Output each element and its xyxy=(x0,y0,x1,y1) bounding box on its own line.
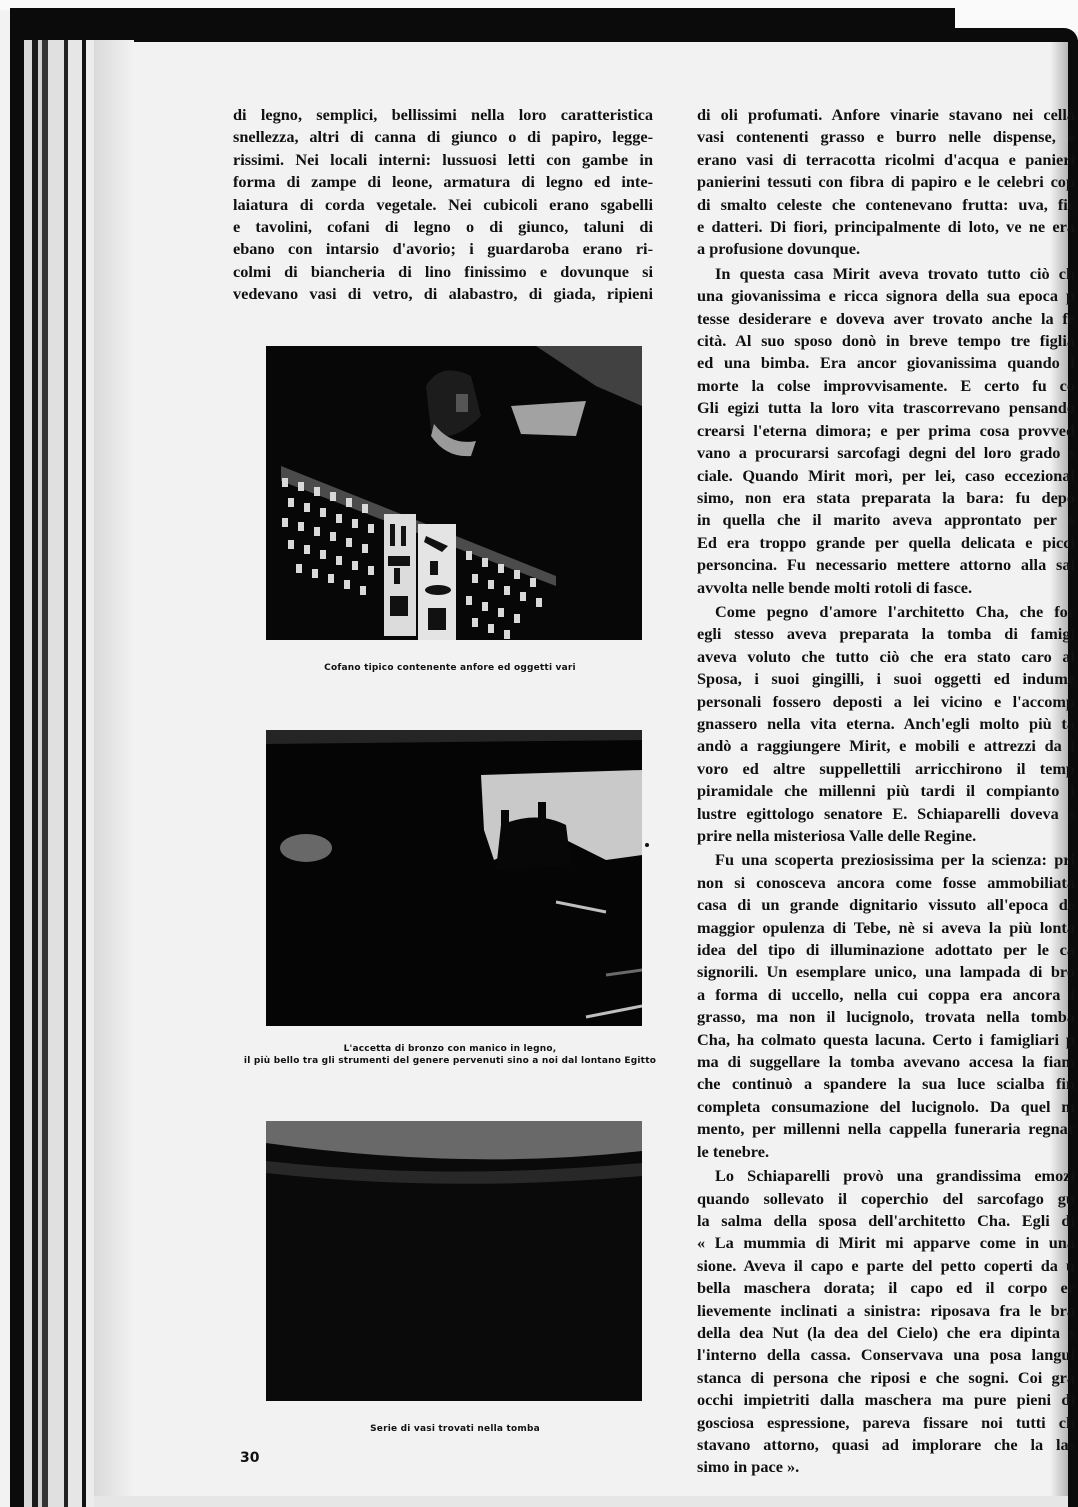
text-line: che continuò a spandere la sua luce scia… xyxy=(697,1073,1075,1095)
book-page-edges xyxy=(24,40,94,1507)
text-line: colmi di biancheria di lino finissimo e … xyxy=(233,261,653,283)
text-line: egli stesso aveva preparata la tomba di … xyxy=(697,623,1075,645)
text-line: maggior opulenza di Tebe, nè si aveva la… xyxy=(697,917,1075,939)
text-line: vedevano vasi di vetro, di alabastro, di… xyxy=(233,283,653,305)
text-line: casa di un grande dignitario vissuto all… xyxy=(697,894,1075,916)
text-line: ciale. Quando Mirit morì, per lei, caso … xyxy=(697,465,1075,487)
text-line: di smalto celeste che contenevano frutta… xyxy=(697,194,1075,216)
text-line: piramidale che millenni più tardi il com… xyxy=(697,780,1075,802)
text-line: le tenebre. xyxy=(697,1141,1075,1163)
chest-photo-illustration xyxy=(266,346,642,640)
text-line: ma di suggellare la tomba avevano accesa… xyxy=(697,1051,1075,1073)
text-line: personcina. Fu necessario mettere attorn… xyxy=(697,554,1075,576)
text-line: aveva voluto che tutto ciò che era stato… xyxy=(697,646,1075,668)
text-line: vano a procurarsi sarcofagi degni del lo… xyxy=(697,442,1075,464)
text-line: bella maschera dorata; il capo ed il cor… xyxy=(697,1277,1075,1299)
text-line: simo, non era stata preparata la bara: f… xyxy=(697,487,1075,509)
text-line: gosciosa espressione, pareva fissare noi… xyxy=(697,1412,1075,1434)
text-line: quando sollevato il coperchio del sarcof… xyxy=(697,1188,1075,1210)
text-line: la salma della sposa dell'architetto Cha… xyxy=(697,1210,1075,1232)
text-line: Come pegno d'amore l'architetto Cha, che… xyxy=(697,601,1075,623)
text-line: ed una bimba. Era ancor giovanissima qua… xyxy=(697,352,1075,374)
text-line: gnassero nella vita eterna. Anch'egli mo… xyxy=(697,713,1075,735)
text-line: « La mummia di Mirit mi apparve come in … xyxy=(697,1232,1075,1254)
text-line: forma di zampe di leone, armatura di leg… xyxy=(233,171,653,193)
text-line: e tavolini, cofani di legno o di giunco,… xyxy=(233,216,653,238)
text-line: panierini tessuti con fibra di papiro e … xyxy=(697,171,1075,193)
text-line: prire nella misteriosa Valle delle Regin… xyxy=(697,825,1075,847)
text-line: ebano con intarsio d'avorio; i guardarob… xyxy=(233,238,653,260)
page-number: 30 xyxy=(240,1450,259,1466)
text-line: simo in pace ». xyxy=(697,1456,1075,1478)
text-line: laiatura di corda vegetale. Nei cubicoli… xyxy=(233,194,653,216)
caption-line: il più bello tra gli strumenti del gener… xyxy=(230,1055,670,1067)
text-line: lustre egittologo senatore E. Schiaparel… xyxy=(697,803,1075,825)
text-line: a profusione dovunque. xyxy=(697,238,1075,260)
text-line: di oli profumati. Anfore vinarie stavano… xyxy=(697,104,1075,126)
caption-line: Serie di vasi trovati nella tomba xyxy=(330,1424,580,1434)
scan-bottom-margin xyxy=(94,1496,1068,1507)
text-line: sione. Aveva il capo e parte del petto c… xyxy=(697,1255,1075,1277)
text-line: lievemente inclinati a sinistra: riposav… xyxy=(697,1300,1075,1322)
text-line: Sposa, i suoi gingilli, i suoi oggetti e… xyxy=(697,668,1075,690)
gutter-shadow xyxy=(94,40,134,1507)
text-line: stanca di persona che riposi e che sogni… xyxy=(697,1367,1075,1389)
paragraph: Fu una scoperta preziosissima per la sci… xyxy=(697,849,1075,1163)
text-line: morte la colse improvvisamente. E certo … xyxy=(697,375,1075,397)
text-line: non si conosceva ancora come fosse ammob… xyxy=(697,872,1075,894)
figure-caption: Serie di vasi trovati nella tomba xyxy=(330,1424,580,1434)
paragraph: In questa casa Mirit aveva trovato tutto… xyxy=(697,263,1075,599)
text-line: tesse desiderare e doveva aver trovato a… xyxy=(697,308,1075,330)
stray-mark xyxy=(645,843,649,847)
text-line: voro ed altre suppellettili arricchirono… xyxy=(697,758,1075,780)
text-line: Fu una scoperta preziosissima per la sci… xyxy=(697,849,1075,871)
paragraph: Lo Schiaparelli provò una grandissima em… xyxy=(697,1165,1075,1479)
lamp-photo-illustration xyxy=(266,730,642,1026)
scan-top-shadow xyxy=(14,8,959,42)
caption-line: L'accetta di bronzo con manico in legno, xyxy=(230,1043,670,1055)
text-line: l'interno della cassa. Conservava una po… xyxy=(697,1344,1075,1366)
text-line: cità. Al suo sposo donò in breve tempo t… xyxy=(697,330,1075,352)
paragraph: di oli profumati. Anfore vinarie stavano… xyxy=(697,104,1075,261)
left-column-text: di legno, semplici, bellissimi nella lor… xyxy=(233,104,653,306)
text-line: di legno, semplici, bellissimi nella lor… xyxy=(233,104,653,126)
text-line: in quella che il marito aveva approntato… xyxy=(697,509,1075,531)
text-line: mento, per millenni nella cappella funer… xyxy=(697,1118,1075,1140)
text-line: grasso, ma non il lucignolo, trovata nel… xyxy=(697,1006,1075,1028)
text-line: Cha, ha colmato questa lacuna. Certo i f… xyxy=(697,1029,1075,1051)
right-column-text: di oli profumati. Anfore vinarie stavano… xyxy=(697,104,1075,1479)
text-line: personali fossero deposti a lei vicino e… xyxy=(697,691,1075,713)
text-line: signorili. Un esemplare unico, una lampa… xyxy=(697,961,1075,983)
text-line: crearsi l'eterna dimora; e per prima cos… xyxy=(697,420,1075,442)
text-line: una giovanissima e ricca signora della s… xyxy=(697,285,1075,307)
text-line: Ed era troppo grande per quella delicata… xyxy=(697,532,1075,554)
figure-caption: Cofano tipico contenente anfore ed ogget… xyxy=(250,663,650,673)
text-line: rissimi. Nei locali interni: lussuosi le… xyxy=(233,149,653,171)
text-line: stavano attorno, quasi ad implorare che … xyxy=(697,1434,1075,1456)
text-line: occhi impietriti dalla maschera ma pure … xyxy=(697,1389,1075,1411)
text-line: a forma di uccello, nella cui coppa era … xyxy=(697,984,1075,1006)
text-line: idea del tipo di illuminazione adottato … xyxy=(697,939,1075,961)
text-line: e datteri. Di fiori, principalmente di l… xyxy=(697,216,1075,238)
text-line: Gli egizi tutta la loro vita trascorreva… xyxy=(697,397,1075,419)
text-line: vasi contenenti grasso e burro nelle dis… xyxy=(697,126,1075,148)
scan-left-shadow xyxy=(10,8,24,1507)
text-line: snellezza, altri di canna di giunco o di… xyxy=(233,126,653,148)
text-line: della dea Nut (la dea del Cielo) che era… xyxy=(697,1322,1075,1344)
text-line: In questa casa Mirit aveva trovato tutto… xyxy=(697,263,1075,285)
caption-line: Cofano tipico contenente anfore ed ogget… xyxy=(250,663,650,673)
figure-chest-photo xyxy=(266,346,642,640)
figure-caption: L'accetta di bronzo con manico in legno,… xyxy=(230,1043,670,1067)
paragraph: Come pegno d'amore l'architetto Cha, che… xyxy=(697,601,1075,847)
vases-photo-illustration xyxy=(266,1121,642,1401)
text-line: andò a raggiungere Mirit, e mobili e att… xyxy=(697,735,1075,757)
figure-lamp-photo xyxy=(266,730,642,1026)
text-line: completa consumazione del lucignolo. Da … xyxy=(697,1096,1075,1118)
text-line: erano vasi di terracotta ricolmi d'acqua… xyxy=(697,149,1075,171)
figure-vases-photo xyxy=(266,1121,642,1401)
text-line: Lo Schiaparelli provò una grandissima em… xyxy=(697,1165,1075,1187)
text-line: avvolta nelle bende molti rotoli di fasc… xyxy=(697,577,1075,599)
